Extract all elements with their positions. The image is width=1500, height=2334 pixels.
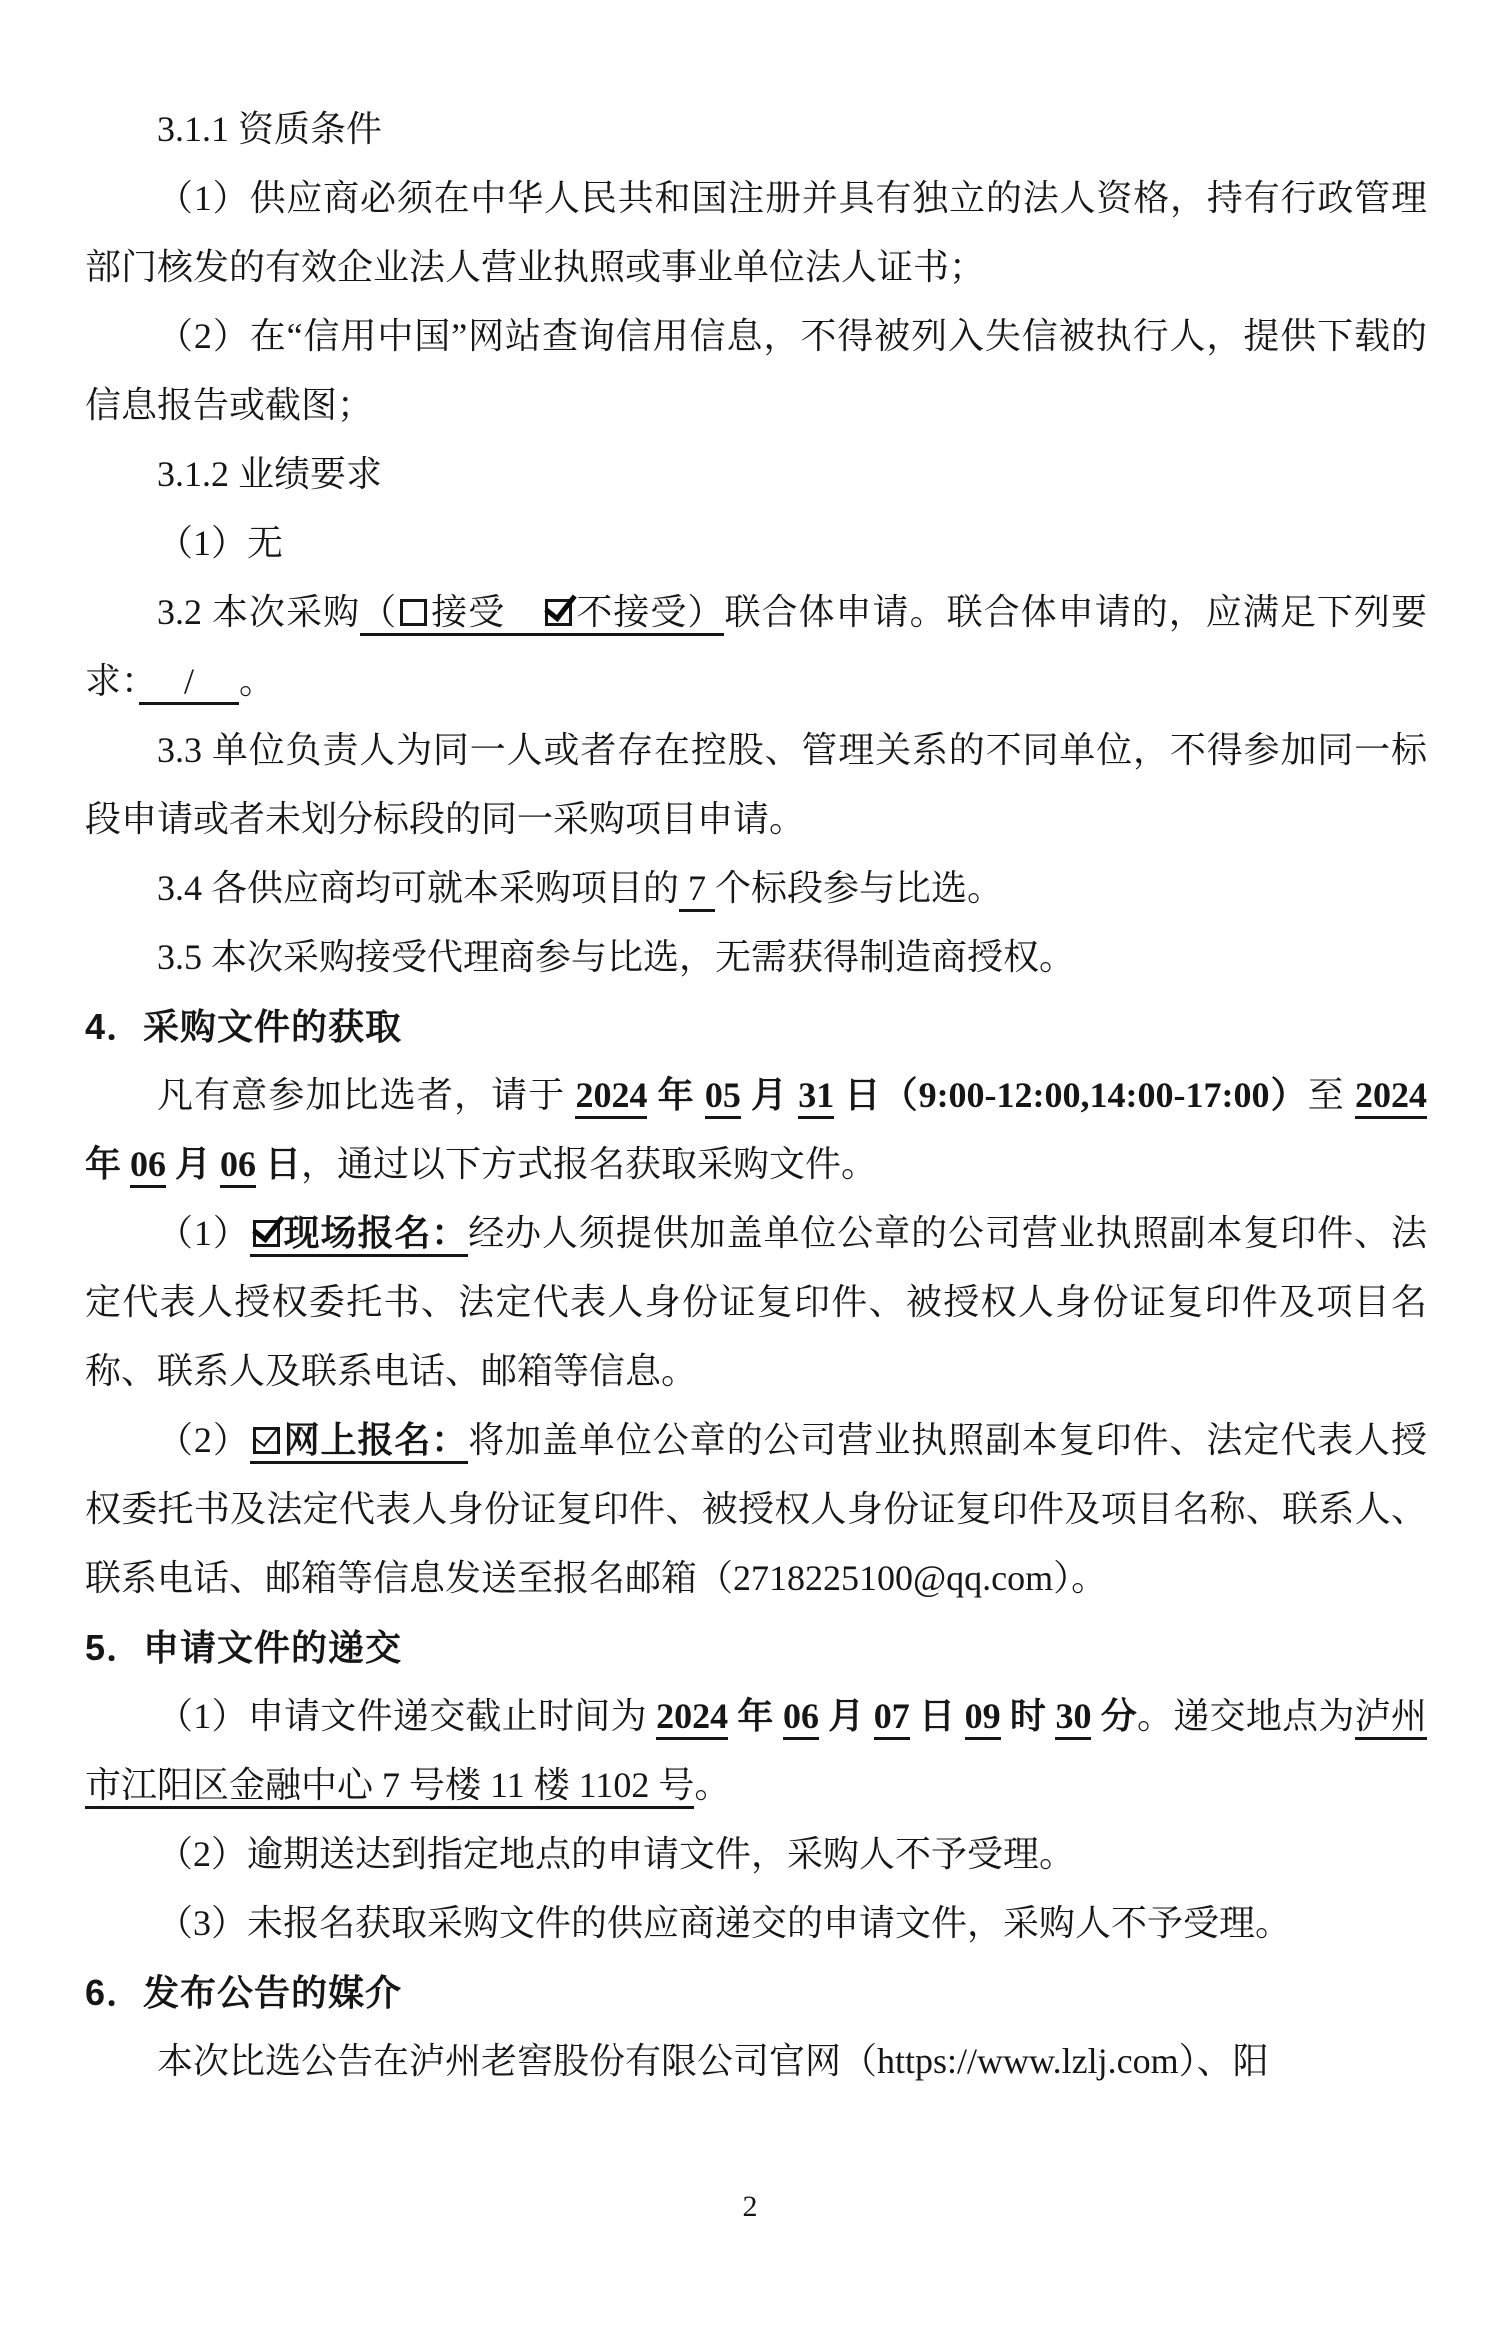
- text-run: 。: [694, 1765, 730, 1805]
- text-run: （1）无: [157, 523, 283, 563]
- text-run: 月: [741, 1075, 798, 1115]
- underlined-run: 网上报名：: [250, 1420, 468, 1464]
- underlined-run: 30: [1055, 1696, 1091, 1740]
- checkbox-checked-icon: [545, 599, 572, 626]
- text-run: /: [139, 661, 239, 701]
- underlined-run: /: [139, 661, 239, 705]
- text-run: 06: [220, 1144, 256, 1184]
- clause-4-intro: 凡有意参加比选者，请于 2024 年 05 月 31 日（9:00-12:00,…: [85, 1061, 1427, 1199]
- text-run: 3.3 单位负责人为同一人或者存在控股、管理关系的不同单位，不得参加同一标段申请…: [85, 730, 1427, 839]
- underlined-run: 7: [679, 868, 715, 912]
- text-run: （: [360, 592, 397, 632]
- clause-3-1-1-item-1: （1）供应商必须在中华人民共和国注册并具有独立的法人资格，持有行政管理部门核发的…: [85, 164, 1427, 302]
- underlined-run: （接受 不接受）: [360, 592, 724, 636]
- underlined-run: 2024: [656, 1696, 728, 1740]
- text-run: 凡有意参加比选者，请于: [157, 1075, 575, 1115]
- text-run: （1）申请文件递交截止时间为: [157, 1696, 656, 1736]
- clause-3-1-1-item-2: （2）在“信用中国”网站查询信用信息，不得被列入失信被执行人，提供下载的信息报告…: [85, 302, 1427, 440]
- text-run: 3.1.1 资质条件: [157, 109, 382, 149]
- underlined-run: 05: [705, 1075, 741, 1119]
- text-run: 06: [783, 1696, 819, 1736]
- underlined-run: 2024: [575, 1075, 647, 1119]
- text-run: 年: [647, 1075, 704, 1115]
- text-run: 年: [85, 1144, 130, 1184]
- text-run: 。: [239, 661, 275, 701]
- clause-5-item-2: （2）逾期送达到指定地点的申请文件，采购人不予受理。: [85, 1820, 1427, 1889]
- text-run: 时: [1001, 1696, 1056, 1736]
- text-run: 至: [1308, 1075, 1355, 1115]
- text-run: （2）在“信用中国”网站查询信用信息，不得被列入失信被执行人，提供下载的信息报告…: [85, 316, 1427, 425]
- clause-6-intro: 本次比选公告在泸州老窖股份有限公司官网（https://www.lzlj.com…: [85, 2027, 1427, 2096]
- text-run: 2024: [575, 1075, 647, 1115]
- clause-5-item-1: （1）申请文件递交截止时间为 2024 年 06 月 07 日 09 时 30 …: [85, 1682, 1427, 1820]
- text-run: 分: [1091, 1696, 1137, 1736]
- checkbox-checked-icon: [253, 1220, 280, 1247]
- text-run: 。递交地点为: [1137, 1696, 1355, 1736]
- page-number: 2: [0, 2190, 1500, 2224]
- clause-3-1-1: 3.1.1 资质条件: [85, 95, 1427, 164]
- clause-4-item-2-online: （2）网上报名：将加盖单位公章的公司营业执照副本复印件、法定代表人授权委托书及法…: [85, 1406, 1427, 1613]
- text-run: 本次比选公告在泸州老窖股份有限公司官网（https://www.lzlj.com…: [157, 2041, 1269, 2081]
- text-run: 日（9:00-12:00,14:00-17:00）: [834, 1075, 1308, 1115]
- clause-3-4: 3.4 各供应商均可就本采购项目的 7 个标段参与比选。: [85, 854, 1427, 923]
- text-run: 3.5 本次采购接受代理商参与比选，无需获得制造商授权。: [157, 937, 1075, 977]
- text-run: 6．发布公告的媒介: [85, 1972, 402, 2013]
- clause-5-item-3: （3）未报名获取采购文件的供应商递交的申请文件，采购人不予受理。: [85, 1889, 1427, 1958]
- text-run: 31: [798, 1075, 834, 1115]
- text-run: 日: [910, 1696, 965, 1736]
- text-run: 月: [819, 1696, 874, 1736]
- underlined-run: 现场报名：: [250, 1213, 468, 1257]
- text-run: 个标段参与比选。: [715, 868, 1003, 908]
- underlined-run: 09: [965, 1696, 1001, 1740]
- text-run: 不接受）: [575, 592, 724, 632]
- text-run: 现场报名：: [283, 1213, 468, 1253]
- underlined-run: 2024: [1355, 1075, 1427, 1119]
- text-run: 日: [256, 1144, 301, 1184]
- text-run: 5．申请文件的递交: [85, 1627, 402, 1668]
- text-run: 年: [728, 1696, 783, 1736]
- text-run: （1）: [157, 1213, 250, 1253]
- text-run: 3.4 各供应商均可就本采购项目的: [157, 868, 679, 908]
- section-heading-6: 6．发布公告的媒介: [85, 1958, 1427, 2027]
- underlined-run: 06: [783, 1696, 819, 1740]
- text-run: 07: [874, 1696, 910, 1736]
- text-run: 接受: [430, 592, 542, 632]
- underlined-run: 31: [798, 1075, 834, 1119]
- text-run: 网上报名：: [283, 1420, 468, 1460]
- text-run: （1）供应商必须在中华人民共和国注册并具有独立的法人资格，持有行政管理部门核发的…: [85, 178, 1427, 287]
- text-run: （3）未报名获取采购文件的供应商递交的申请文件，采购人不予受理。: [157, 1903, 1291, 1943]
- text-run: ，通过以下方式报名获取采购文件。: [301, 1144, 877, 1184]
- clause-3-5: 3.5 本次采购接受代理商参与比选，无需获得制造商授权。: [85, 923, 1427, 992]
- text-run: 06: [130, 1144, 166, 1184]
- clause-4-item-1-onsite: （1）现场报名：经办人须提供加盖单位公章的公司营业执照副本复印件、法定代表人授权…: [85, 1199, 1427, 1406]
- underlined-run: 06: [220, 1144, 256, 1188]
- text-run: （2）: [157, 1420, 250, 1460]
- document-page: 3.1.1 资质条件（1）供应商必须在中华人民共和国注册并具有独立的法人资格，持…: [0, 0, 1500, 2334]
- text-run: 3.2 本次采购: [157, 592, 360, 632]
- section-heading-4: 4．采购文件的获取: [85, 992, 1427, 1061]
- clause-3-1-2: 3.1.2 业绩要求: [85, 440, 1427, 509]
- text-run: 30: [1055, 1696, 1091, 1736]
- text-run: 05: [705, 1075, 741, 1115]
- checkbox-empty-icon: [400, 599, 427, 626]
- clause-3-2: 3.2 本次采购（接受 不接受）联合体申请。联合体申请的，应满足下列要求： / …: [85, 578, 1427, 716]
- text-run: 2024: [656, 1696, 728, 1736]
- text-run: 4．采购文件的获取: [85, 1006, 402, 1047]
- text-run: 2024: [1355, 1075, 1427, 1115]
- section-heading-5: 5．申请文件的递交: [85, 1613, 1427, 1682]
- clause-3-1-2-item-1: （1）无: [85, 509, 1427, 578]
- underlined-run: 06: [130, 1144, 166, 1188]
- text-run: 3.1.2 业绩要求: [157, 454, 382, 494]
- text-run: 09: [965, 1696, 1001, 1736]
- clause-3-3: 3.3 单位负责人为同一人或者存在控股、管理关系的不同单位，不得参加同一标段申请…: [85, 716, 1427, 854]
- checkbox-checked-icon: [253, 1427, 280, 1454]
- text-run: 月: [166, 1144, 220, 1184]
- underlined-run: 07: [874, 1696, 910, 1740]
- text-run: （2）逾期送达到指定地点的申请文件，采购人不予受理。: [157, 1834, 1075, 1874]
- text-run: 7: [679, 868, 715, 908]
- document-body: 3.1.1 资质条件（1）供应商必须在中华人民共和国注册并具有独立的法人资格，持…: [85, 95, 1427, 2096]
